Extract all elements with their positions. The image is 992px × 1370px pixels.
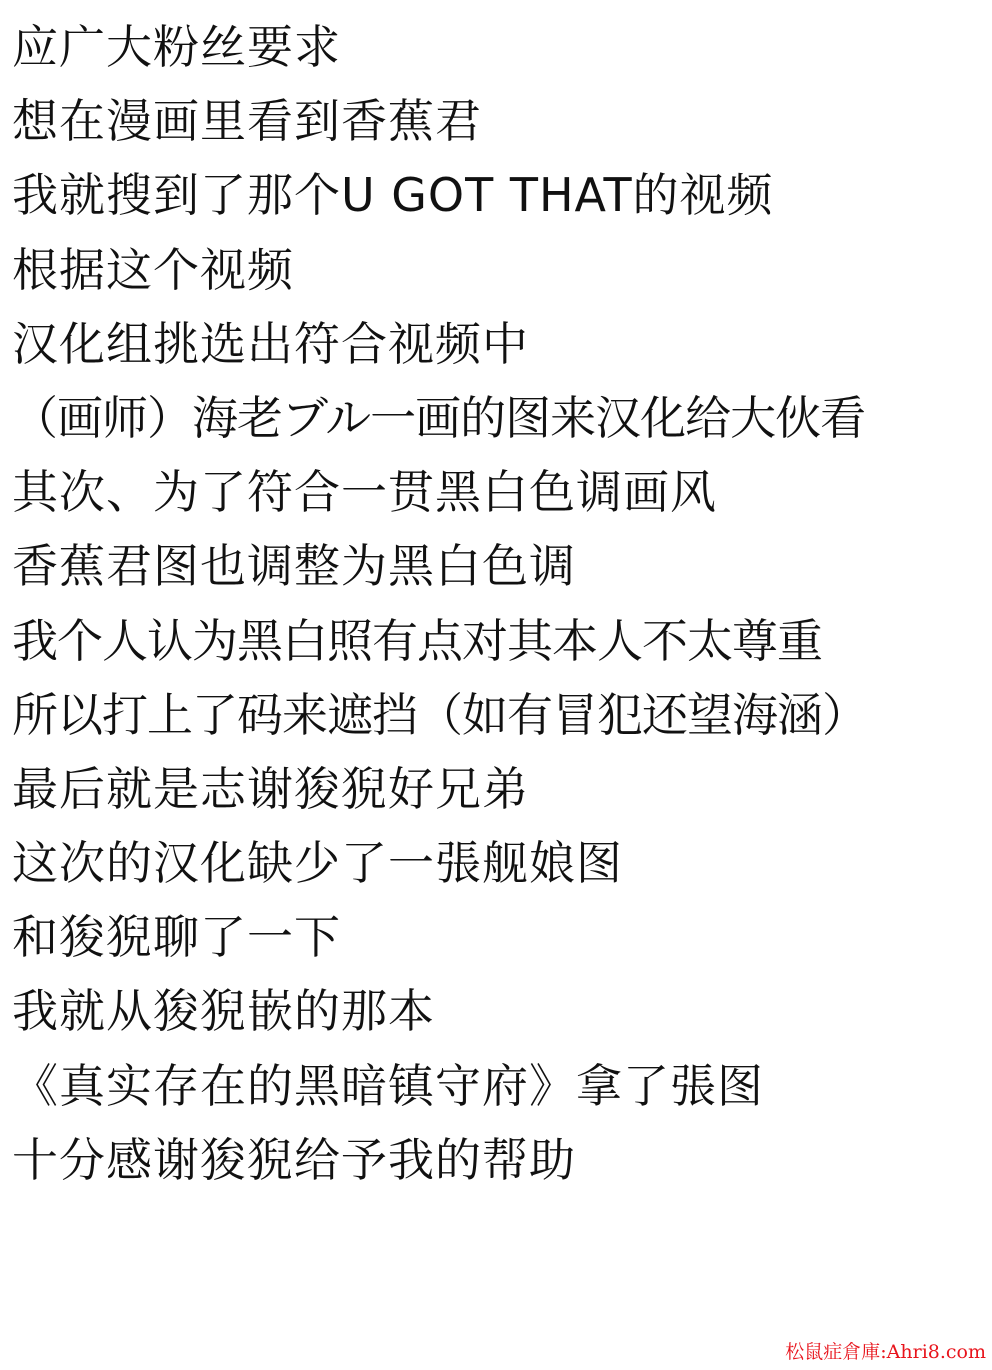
text-line-14: 我就从狻猊嵌的那本	[12, 974, 987, 1048]
text-line-8: 香蕉君图也调整为黑白色调	[12, 529, 987, 603]
text-line-16: 十分感谢狻猊给予我的帮助	[12, 1123, 987, 1197]
text-line-11: 最后就是志谢狻猊好兄弟	[12, 752, 987, 826]
watermark: 松鼠症倉庫:Ahri8.com	[785, 1337, 986, 1364]
text-line-10: 所以打上了码来遮挡（如有冒犯还望海涵）	[12, 678, 987, 752]
text-line-7: 其次、为了符合一贯黑白色调画风	[12, 455, 987, 529]
text-line-3: 我就搜到了那个U GOT THAT的视频	[12, 158, 987, 232]
text-line-12: 这次的汉化缺少了一張舰娘图	[12, 826, 987, 900]
text-line-2: 想在漫画里看到香蕉君	[12, 84, 987, 158]
text-line-15: 《真实存在的黑暗镇守府》拿了張图	[12, 1049, 987, 1123]
text-line-13: 和狻猊聊了一下	[12, 900, 987, 974]
text-line-6: （画师）海老ブル一画的图来汉化给大伙看	[12, 381, 987, 455]
text-line-4: 根据这个视频	[12, 233, 987, 307]
text-line-1: 应广大粉丝要求	[12, 10, 987, 84]
handwritten-text-block: 应广大粉丝要求 想在漫画里看到香蕉君 我就搜到了那个U GOT THAT的视频 …	[12, 10, 987, 1197]
document-page: 应广大粉丝要求 想在漫画里看到香蕉君 我就搜到了那个U GOT THAT的视频 …	[0, 0, 992, 1370]
text-line-5: 汉化组挑选出符合视频中	[12, 307, 987, 381]
text-line-9: 我个人认为黑白照有点对其本人不太尊重	[12, 604, 987, 678]
